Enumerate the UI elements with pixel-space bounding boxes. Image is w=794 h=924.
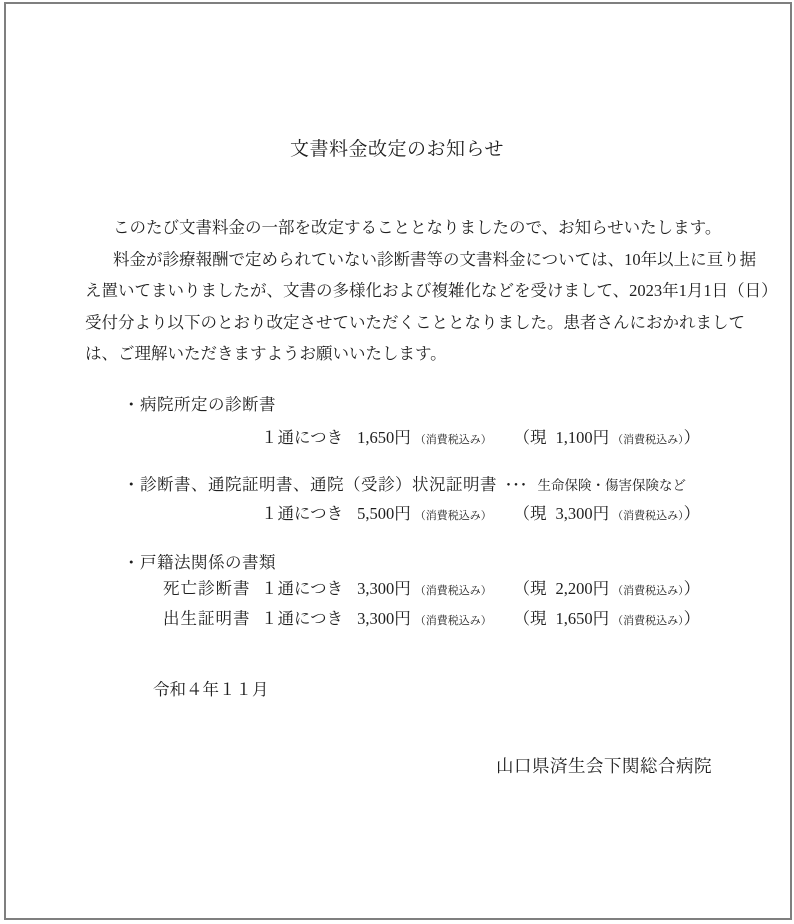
fee-line-birth-certificate: 出生証明書１通につき3,300円（消費税込み）（現1,650円（消費税込み））: [163, 605, 700, 629]
per-copy-label: １通につき: [261, 428, 343, 447]
current-open: （現: [522, 579, 547, 598]
current-price: 3,300円: [556, 504, 610, 523]
notice-document: 文書料金改定のお知らせ このたび文書料金の一部を改定することとなりましたので、お…: [0, 0, 794, 924]
fee-line: １通につき5,500円（消費税込み）（現3,300円（消費税込み））: [261, 500, 700, 524]
current-close: ）: [684, 579, 701, 598]
intro-line: は、ご理解いただきますようお願いいたします。: [85, 338, 745, 370]
current-open: （現: [522, 428, 547, 447]
document-name: 出生証明書: [163, 605, 261, 629]
issue-date: 令和４年１１月: [153, 676, 269, 700]
new-price: 1,650円: [357, 428, 411, 447]
current-price: 1,650円: [556, 609, 610, 628]
current-price: 1,100円: [556, 428, 610, 447]
fee-line-death-certificate: 死亡診断書１通につき3,300円（消費税込み）（現2,200円（消費税込み））: [163, 575, 700, 599]
fee-line: １通につき1,650円（消費税込み）（現1,100円（消費税込み））: [261, 424, 700, 448]
current-price: 2,200円: [556, 579, 610, 598]
per-copy-label: １通につき: [261, 579, 343, 598]
current-close: ）: [684, 609, 701, 628]
fee-item-hospital-certificate-label: ・病院所定の診断書: [123, 391, 276, 415]
current-price-group: （現3,300円（消費税込み））: [522, 504, 700, 523]
current-close: ）: [684, 428, 701, 447]
intro-line: え置いてまいりましたが、文書の多様化および複雑化などを受けまして、2023年1月…: [85, 275, 745, 307]
tax-note: （消費税込み）: [415, 585, 492, 597]
tax-note: （消費税込み）: [612, 585, 684, 597]
current-price-group: （現1,650円（消費税込み））: [522, 609, 700, 628]
current-close: ）: [684, 504, 701, 523]
intro-line: このたび文書料金の一部を改定することとなりましたので、お知らせいたします。: [85, 212, 745, 244]
tax-note: （消費税込み）: [612, 615, 684, 627]
current-open: （現: [522, 609, 547, 628]
current-open: （現: [522, 504, 547, 523]
intro-line: 受付分より以下のとおり改定させていただくこととなりました。患者さんにおかれまして: [85, 307, 745, 339]
document-title: 文書料金改定のお知らせ: [0, 134, 794, 161]
tax-note: （消費税込み）: [415, 510, 492, 522]
intro-line: 料金が診療報酬で定められていない診断書等の文書料金については、10年以上に亘り据: [85, 244, 745, 276]
fee-item-insurance-certificates-label: ・診断書、通院証明書、通院（受診）状況証明書･･･生命保険・傷害保険など: [123, 471, 686, 495]
intro-paragraph: このたび文書料金の一部を改定することとなりましたので、お知らせいたします。 料金…: [85, 212, 745, 370]
per-copy-label: １通につき: [261, 609, 343, 628]
tax-note: （消費税込み）: [612, 434, 684, 446]
per-copy-label: １通につき: [261, 504, 343, 523]
item-label-text: ・診断書、通院証明書、通院（受診）状況証明書: [123, 475, 497, 494]
new-price: 5,500円: [357, 504, 411, 523]
tax-note: （消費税込み）: [415, 434, 492, 446]
hospital-signature: 山口県済生会下関総合病院: [496, 753, 712, 778]
new-price: 3,300円: [357, 579, 411, 598]
ellipsis-dots: ･･･: [505, 479, 528, 494]
insurance-note: 生命保険・傷害保険など: [538, 478, 687, 493]
tax-note: （消費税込み）: [612, 510, 684, 522]
current-price-group: （現2,200円（消費税込み））: [522, 579, 700, 598]
new-price: 3,300円: [357, 609, 411, 628]
fee-item-family-register-label: ・戸籍法関係の書類: [123, 549, 276, 573]
document-name: 死亡診断書: [163, 575, 261, 599]
current-price-group: （現1,100円（消費税込み））: [522, 428, 700, 447]
tax-note: （消費税込み）: [415, 615, 492, 627]
